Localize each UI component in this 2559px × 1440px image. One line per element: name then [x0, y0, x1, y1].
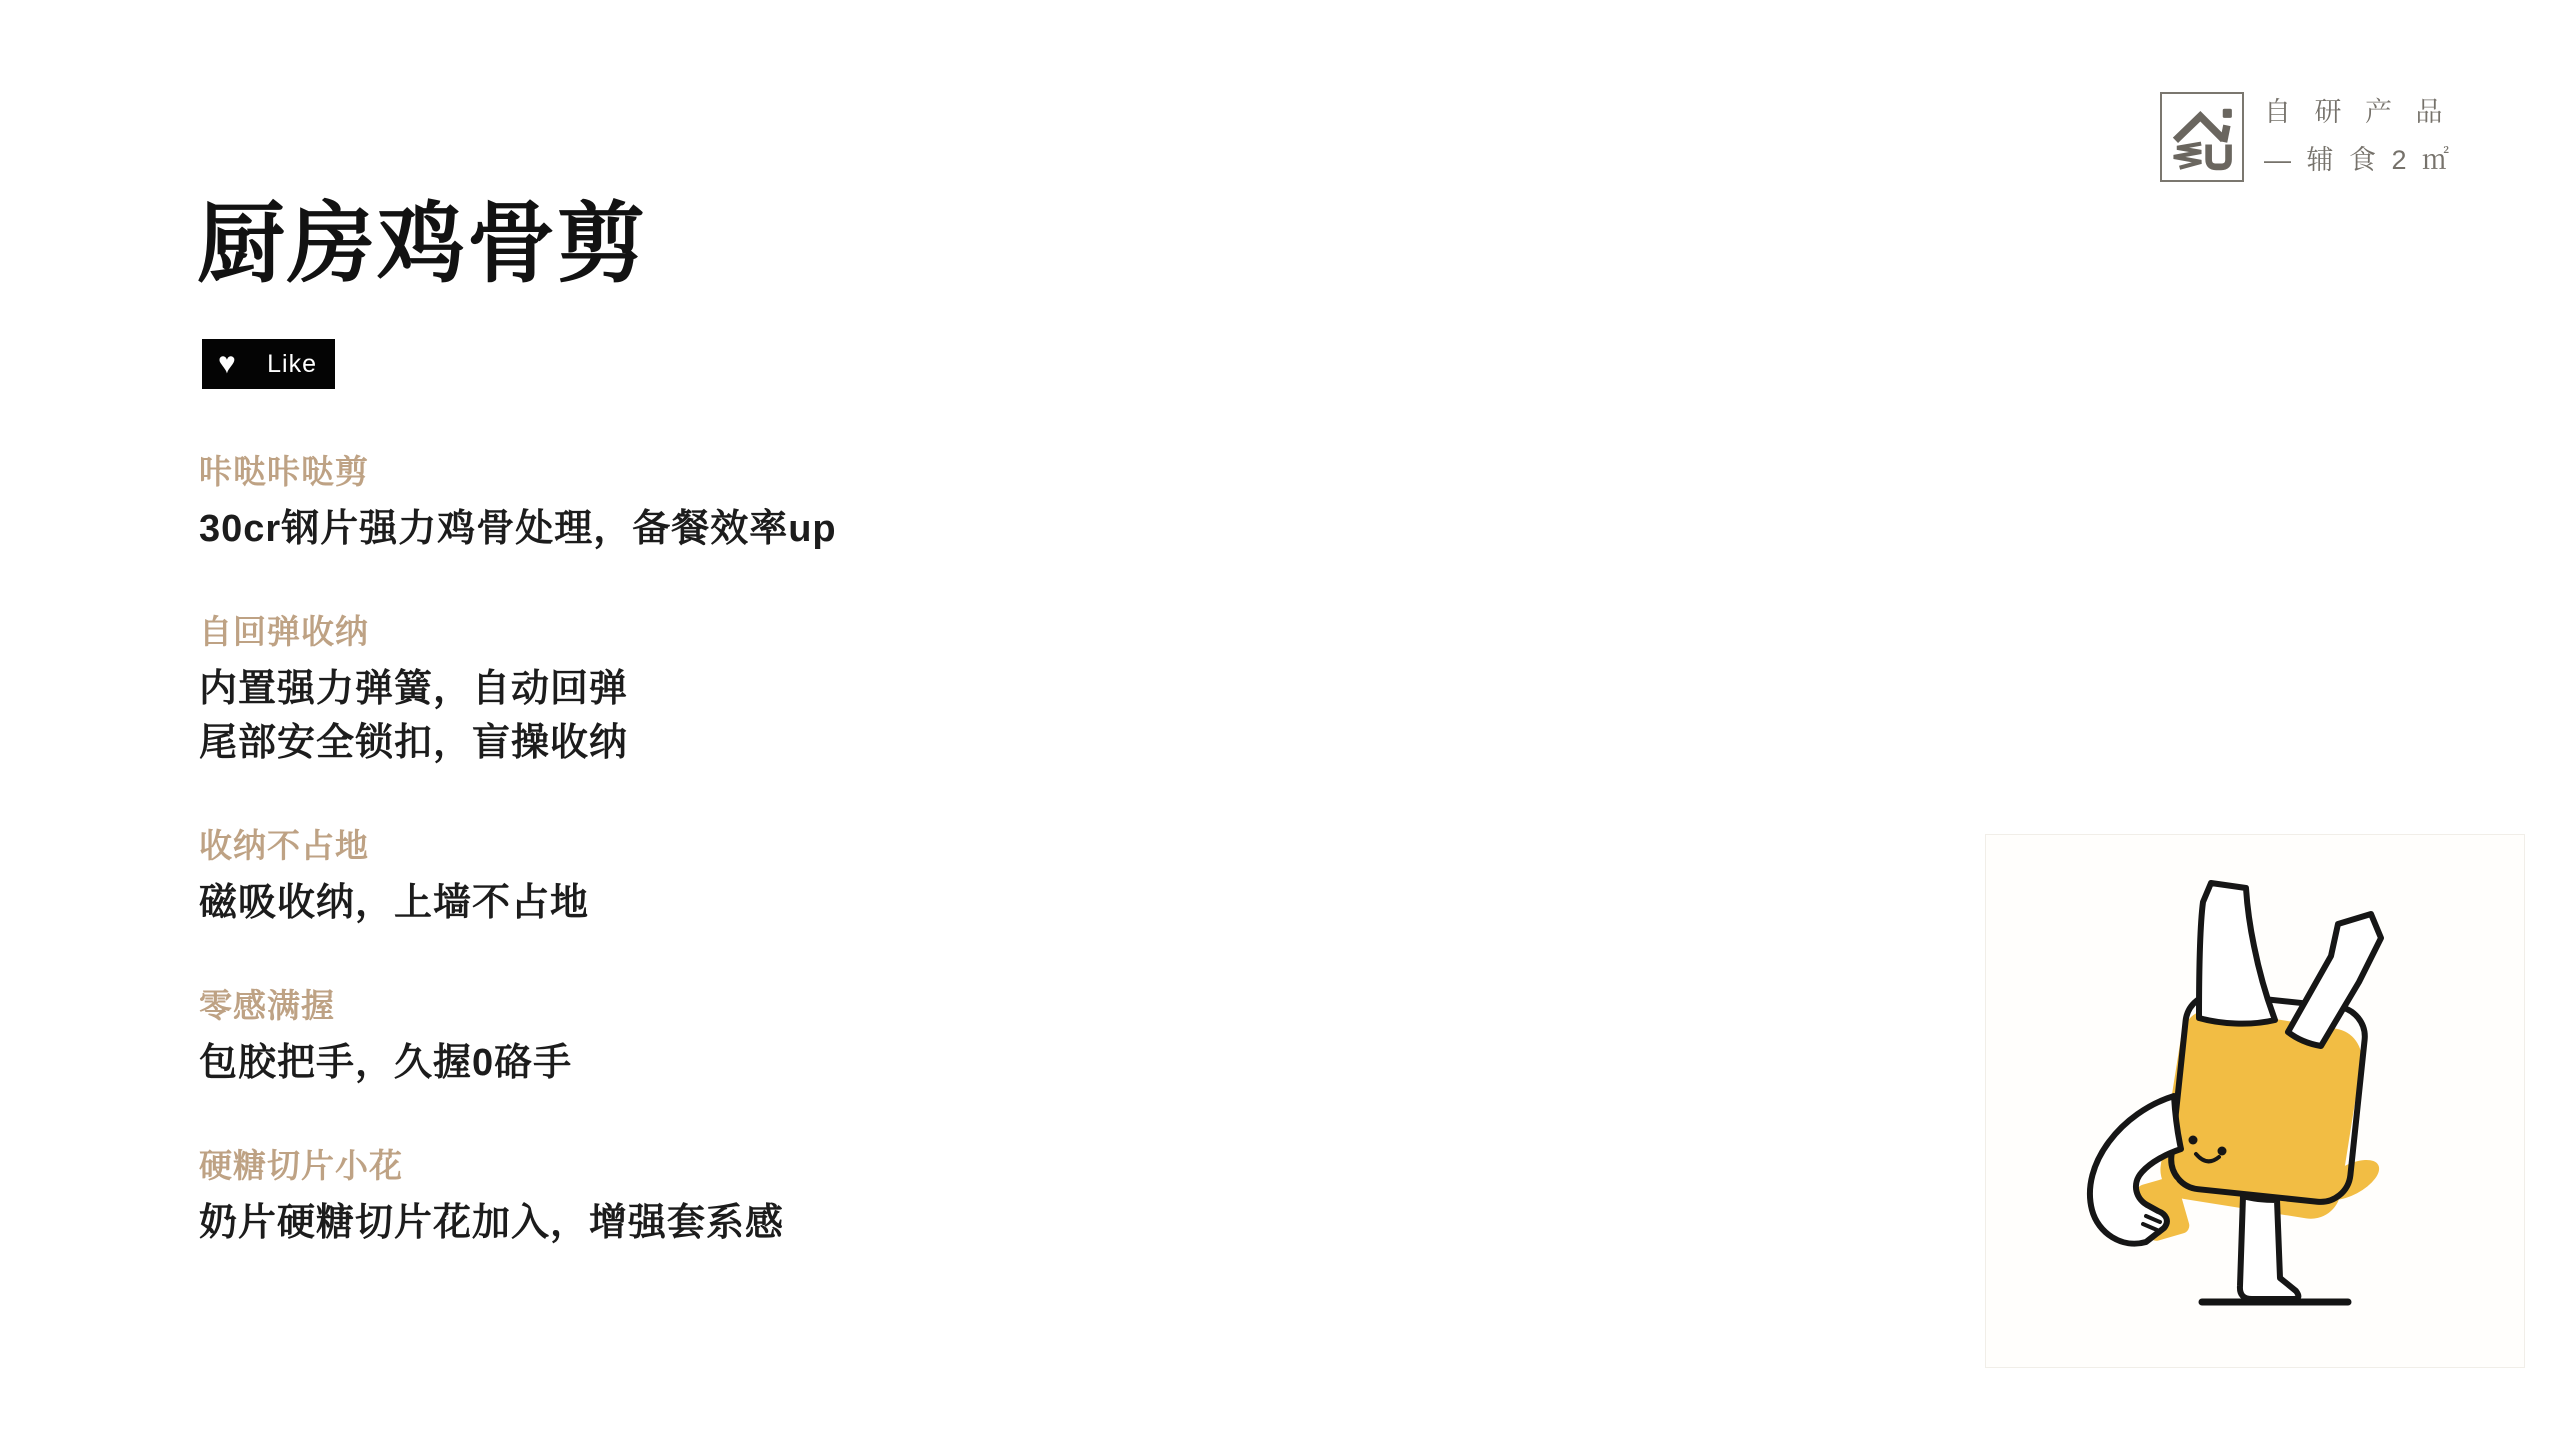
- brand-text: 自 研 产 品 — 辅 食 2 ㎡: [2264, 88, 2453, 184]
- feature-line: 尾部安全锁扣，盲操收纳: [199, 716, 1099, 770]
- page-title: 厨房鸡骨剪: [197, 198, 647, 290]
- brand-line-2: — 辅 食 2 ㎡: [2264, 136, 2453, 184]
- feature-line: 内置强力弹簧，自动回弹: [199, 662, 1099, 716]
- house-logo-icon: [2163, 96, 2241, 178]
- like-button-label: Like: [267, 350, 317, 379]
- feature-section: 零感满握 包胶把手，久握0硌手: [199, 984, 1099, 1090]
- feature-line: 奶片硬糖切片花加入，增强套系感: [199, 1196, 1099, 1250]
- feature-line: 磁吸收纳，上墙不占地: [199, 876, 1099, 930]
- feature-section: 自回弹收纳 内置强力弹簧，自动回弹尾部安全锁扣，盲操收纳: [199, 610, 1099, 770]
- feature-heading: 硬糖切片小花: [199, 1144, 1099, 1188]
- feature-section: 收纳不占地 磁吸收纳，上墙不占地: [199, 824, 1099, 930]
- feature-line: 30cr钢片强力鸡骨处理，备餐效率up: [199, 502, 1099, 556]
- feature-heading: 自回弹收纳: [199, 610, 1099, 654]
- like-button[interactable]: ♥ Like: [202, 339, 335, 389]
- brand-logo: [2160, 92, 2244, 182]
- brand-line-1: 自 研 产 品: [2264, 88, 2453, 136]
- feature-line: 包胶把手，久握0硌手: [199, 1036, 1099, 1090]
- heart-icon: ♥: [218, 349, 236, 379]
- handstand-mascot: [2050, 850, 2500, 1350]
- feature-heading: 咔哒咔哒剪: [199, 450, 1099, 494]
- feature-section: 硬糖切片小花 奶片硬糖切片花加入，增强套系感: [199, 1144, 1099, 1250]
- feature-list: 咔哒咔哒剪 30cr钢片强力鸡骨处理，备餐效率up 自回弹收纳 内置强力弹簧，自…: [199, 450, 1099, 1304]
- feature-section: 咔哒咔哒剪 30cr钢片强力鸡骨处理，备餐效率up: [199, 450, 1099, 556]
- feature-heading: 收纳不占地: [199, 824, 1099, 868]
- feature-heading: 零感满握: [199, 984, 1099, 1028]
